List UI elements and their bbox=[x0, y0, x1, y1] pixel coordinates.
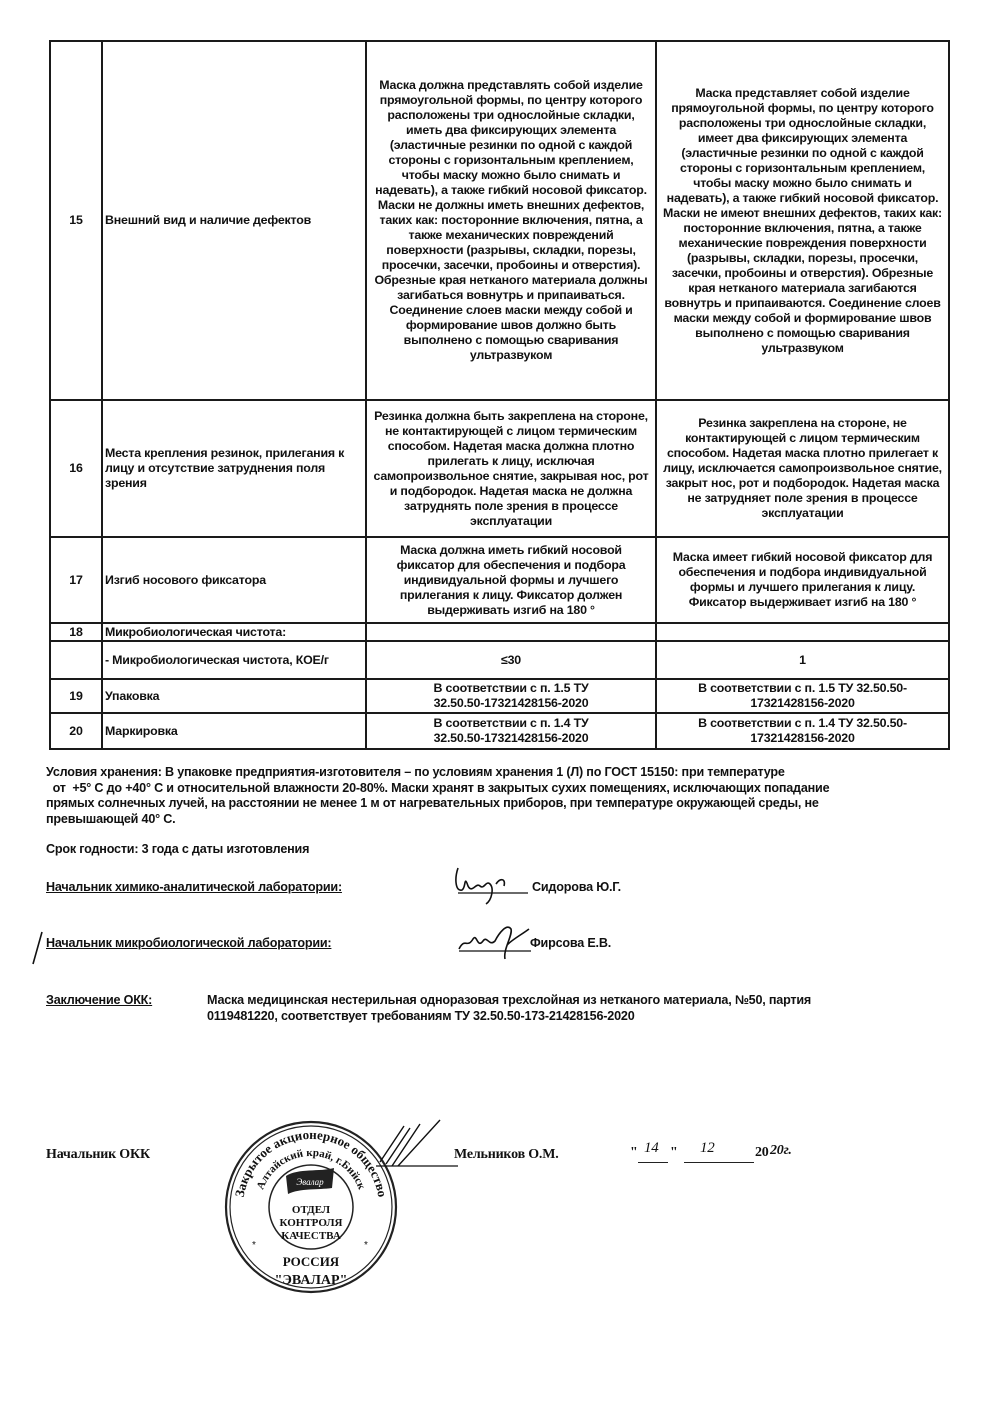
table-row: 17 Изгиб носового фиксатора Маска должна… bbox=[50, 537, 949, 623]
row-number: 17 bbox=[50, 537, 102, 623]
requirement-value bbox=[366, 623, 656, 641]
okk-head-signature bbox=[370, 1118, 460, 1178]
actual-value bbox=[656, 623, 949, 641]
micro-lab-signature bbox=[455, 915, 535, 965]
actual-value: Резинка закреплена на стороне, не контак… bbox=[656, 400, 949, 537]
row-number: 16 bbox=[50, 400, 102, 537]
okk-head-title: Начальник ОКК bbox=[46, 1147, 150, 1163]
date-quote-open: " bbox=[630, 1145, 638, 1161]
parameter-name: Упаковка bbox=[102, 679, 366, 713]
table-row: - Микробиологическая чистота, КОЕ/г ≤30 … bbox=[50, 641, 949, 679]
actual-value: 1 bbox=[656, 641, 949, 679]
storage-line: прямых солнечных лучей, на расстоянии не… bbox=[46, 796, 966, 812]
parameter-name: Микробиологическая чистота: bbox=[102, 623, 366, 641]
svg-text:*: * bbox=[364, 1240, 368, 1251]
storage-line: превышающей 40° С. bbox=[46, 812, 966, 828]
shelf-life: Срок годности: 3 года с даты изготовлени… bbox=[46, 842, 309, 858]
svg-text:*: * bbox=[252, 1240, 256, 1251]
actual-value: Маска представляет собой изделие прямоуг… bbox=[656, 41, 949, 400]
micro-lab-name: Фирсова Е.В. bbox=[530, 936, 611, 952]
date-year-prefix: 20 bbox=[755, 1145, 769, 1161]
actual-value: В соответствии с п. 1.5 ТУ 32.50.50-1732… bbox=[656, 679, 949, 713]
okk-head-name: Мельников О.М. bbox=[454, 1147, 559, 1163]
requirement-value: Резинка должна быть закреплена на сторон… bbox=[366, 400, 656, 537]
table-row: 20 Маркировка В соответствии с п. 1.4 ТУ… bbox=[50, 713, 949, 749]
date-month: 12 bbox=[700, 1141, 715, 1157]
table-row: 15 Внешний вид и наличие дефектов Маска … bbox=[50, 41, 949, 400]
requirement-value: ≤30 bbox=[366, 641, 656, 679]
parameter-name: Места крепления резинок, прилегания к ли… bbox=[102, 400, 366, 537]
requirement-value: Маска должна представлять собой изделие … bbox=[366, 41, 656, 400]
parameter-name: Внешний вид и наличие дефектов bbox=[102, 41, 366, 400]
requirement-value: В соответствии с п. 1.5 ТУ 32.50.50-1732… bbox=[366, 679, 656, 713]
margin-mark bbox=[30, 930, 44, 966]
certificate-page: 15 Внешний вид и наличие дефектов Маска … bbox=[0, 0, 992, 1403]
date-year-suffix: 20г. bbox=[770, 1143, 792, 1159]
spec-table: 15 Внешний вид и наличие дефектов Маска … bbox=[49, 40, 950, 750]
chem-lab-signature bbox=[450, 860, 530, 910]
storage-conditions: Условия хранения: В упаковке предприятия… bbox=[46, 765, 966, 827]
parameter-name: Изгиб носового фиксатора bbox=[102, 537, 366, 623]
parameter-name: - Микробиологическая чистота, КОЕ/г bbox=[102, 641, 366, 679]
stamp-center-line: ОТДЕЛ bbox=[292, 1204, 331, 1216]
table-row: 18 Микробиологическая чистота: bbox=[50, 623, 949, 641]
conclusion-text: Маска медицинская нестерильная одноразов… bbox=[207, 993, 927, 1024]
row-number: 19 bbox=[50, 679, 102, 713]
actual-value: В соответствии с п. 1.4 ТУ 32.50.50-1732… bbox=[656, 713, 949, 749]
conclusion-line: Маска медицинская нестерильная одноразов… bbox=[207, 993, 927, 1009]
stamp-center-line: КАЧЕСТВА bbox=[281, 1230, 341, 1242]
table-row: 19 Упаковка В соответствии с п. 1.5 ТУ 3… bbox=[50, 679, 949, 713]
date-field: " 14 " 12 20 20г. bbox=[630, 1145, 850, 1165]
row-number bbox=[50, 641, 102, 679]
conclusion-line: 0119481220, соответствует требованиям ТУ… bbox=[207, 1009, 927, 1025]
actual-value: Маска имеет гибкий носовой фиксатор для … bbox=[656, 537, 949, 623]
storage-line: от +5° С до +40° С и относительной влажн… bbox=[46, 781, 966, 797]
storage-line: Условия хранения: В упаковке предприятия… bbox=[46, 765, 966, 781]
chem-lab-title: Начальник химико-аналитической лаборатор… bbox=[46, 880, 342, 896]
requirement-value: Маска должна иметь гибкий носовой фиксат… bbox=[366, 537, 656, 623]
conclusion-label: Заключение ОКК: bbox=[46, 993, 152, 1009]
row-number: 15 bbox=[50, 41, 102, 400]
date-quote-close: " bbox=[670, 1145, 678, 1161]
row-number: 18 bbox=[50, 623, 102, 641]
date-day: 14 bbox=[644, 1141, 659, 1157]
stamp-bottom-line: РОССИЯ bbox=[283, 1254, 340, 1269]
row-number: 20 bbox=[50, 713, 102, 749]
table-row: 16 Места крепления резинок, прилегания к… bbox=[50, 400, 949, 537]
stamp-logo: Эвалар bbox=[296, 1177, 324, 1187]
requirement-value: В соответствии с п. 1.4 ТУ 32.50.50-1732… bbox=[366, 713, 656, 749]
stamp-bottom-line: "ЭВАЛАР" bbox=[275, 1273, 348, 1288]
chem-lab-name: Сидорова Ю.Г. bbox=[532, 880, 621, 896]
stamp-center-line: КОНТРОЛЯ bbox=[280, 1217, 343, 1229]
micro-lab-title: Начальник микробиологической лаборатории… bbox=[46, 936, 331, 952]
parameter-name: Маркировка bbox=[102, 713, 366, 749]
